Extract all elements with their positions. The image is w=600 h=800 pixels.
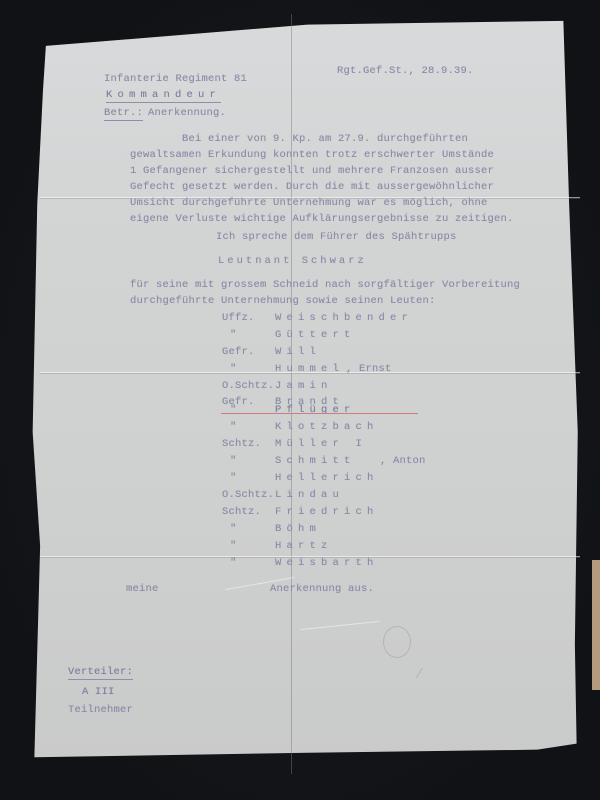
distribution-label: Verteiler: <box>68 666 133 680</box>
roster-rank: " <box>230 455 237 467</box>
roster-name: Güttert <box>275 329 356 341</box>
subject-label: Betr.: <box>104 107 143 121</box>
roster-rank: " <box>230 557 237 569</box>
roster-rank: Uffz. <box>222 312 255 324</box>
distribution-item: A III <box>82 686 115 698</box>
roster-rank: O.Schtz. <box>222 489 274 501</box>
continuation-line: durchgeführte Unternehmung sowie seinen … <box>130 295 436 307</box>
roster-rank: " <box>230 523 237 535</box>
roster-name: Hellerich <box>275 472 379 484</box>
red-pencil-underline <box>221 413 418 414</box>
distribution-item: Teilnehmer <box>68 704 133 716</box>
roster-rank: " <box>230 472 237 484</box>
roster-rank: " <box>230 421 237 433</box>
roster-name: Müller I <box>275 438 367 450</box>
paragraph-line: 1 Gefangener sichergestellt und mehrere … <box>130 165 494 177</box>
roster-name: Böhm <box>275 523 321 535</box>
roster-rank: Schtz. <box>222 506 261 518</box>
place-date: Rgt.Gef.St., 28.9.39. <box>337 65 474 77</box>
roster-rank: " <box>230 363 237 375</box>
roster-rank: Gefr. <box>222 346 255 358</box>
paragraph-line: gewaltsamen Erkundung konnten trotz ersc… <box>130 149 494 161</box>
leader-name: Leutnant Schwarz <box>218 255 367 267</box>
roster-first-name: , Ernst <box>346 363 392 375</box>
closing-word-left: meine <box>126 583 159 595</box>
roster-rank: O.Schtz. <box>222 380 274 392</box>
vertical-fold <box>291 14 292 774</box>
roster-name: Hummel <box>275 363 344 375</box>
roster-first-name: , Anton <box>380 455 426 467</box>
paragraph-line: Bei einer von 9. Kp. am 27.9. durchgefüh… <box>130 133 468 145</box>
roster-rank: " <box>230 540 237 552</box>
continuation-line: für seine mit grossem Schneid nach sorgf… <box>130 279 520 291</box>
office-title: Kommandeur <box>106 89 221 103</box>
roster-name: Klotzbach <box>275 421 379 433</box>
roster-rank: " <box>230 329 237 341</box>
roster-name: Jamin <box>275 380 333 392</box>
roster-name: Will <box>275 346 321 358</box>
roster-rank: Schtz. <box>222 438 261 450</box>
faint-stamp-circle <box>383 626 411 658</box>
roster-name: Schmitt <box>275 455 356 467</box>
paragraph-line: Gefecht gesetzt werden. Durch die mit au… <box>130 181 494 193</box>
roster-name: Weisbarth <box>275 557 379 569</box>
address-line: Ich spreche dem Führer des Spähtrupps <box>216 231 457 243</box>
roster-rank: " <box>230 404 237 416</box>
roster-name: Weischbender <box>275 312 413 324</box>
adjacent-paper-edge <box>592 560 600 690</box>
document-sheet <box>20 14 595 774</box>
subject-text: Anerkennung. <box>148 107 226 119</box>
roster-name: Friedrich <box>275 506 379 518</box>
closing-word-right: Anerkennung aus. <box>270 583 374 595</box>
roster-name: Lindau <box>275 489 344 501</box>
roster-name: Hartz <box>275 540 333 552</box>
faint-pencil-mark: / <box>415 667 423 683</box>
paragraph-line: Umsicht durchgeführte Unternehmung war e… <box>130 197 488 209</box>
paragraph-line: eigene Verluste wichtige Aufklärungserge… <box>130 213 514 225</box>
roster-rank: Gefr. <box>222 396 255 408</box>
unit-name: Infanterie Regiment 81 <box>104 73 247 85</box>
roster-name: Pflüger <box>275 404 356 416</box>
